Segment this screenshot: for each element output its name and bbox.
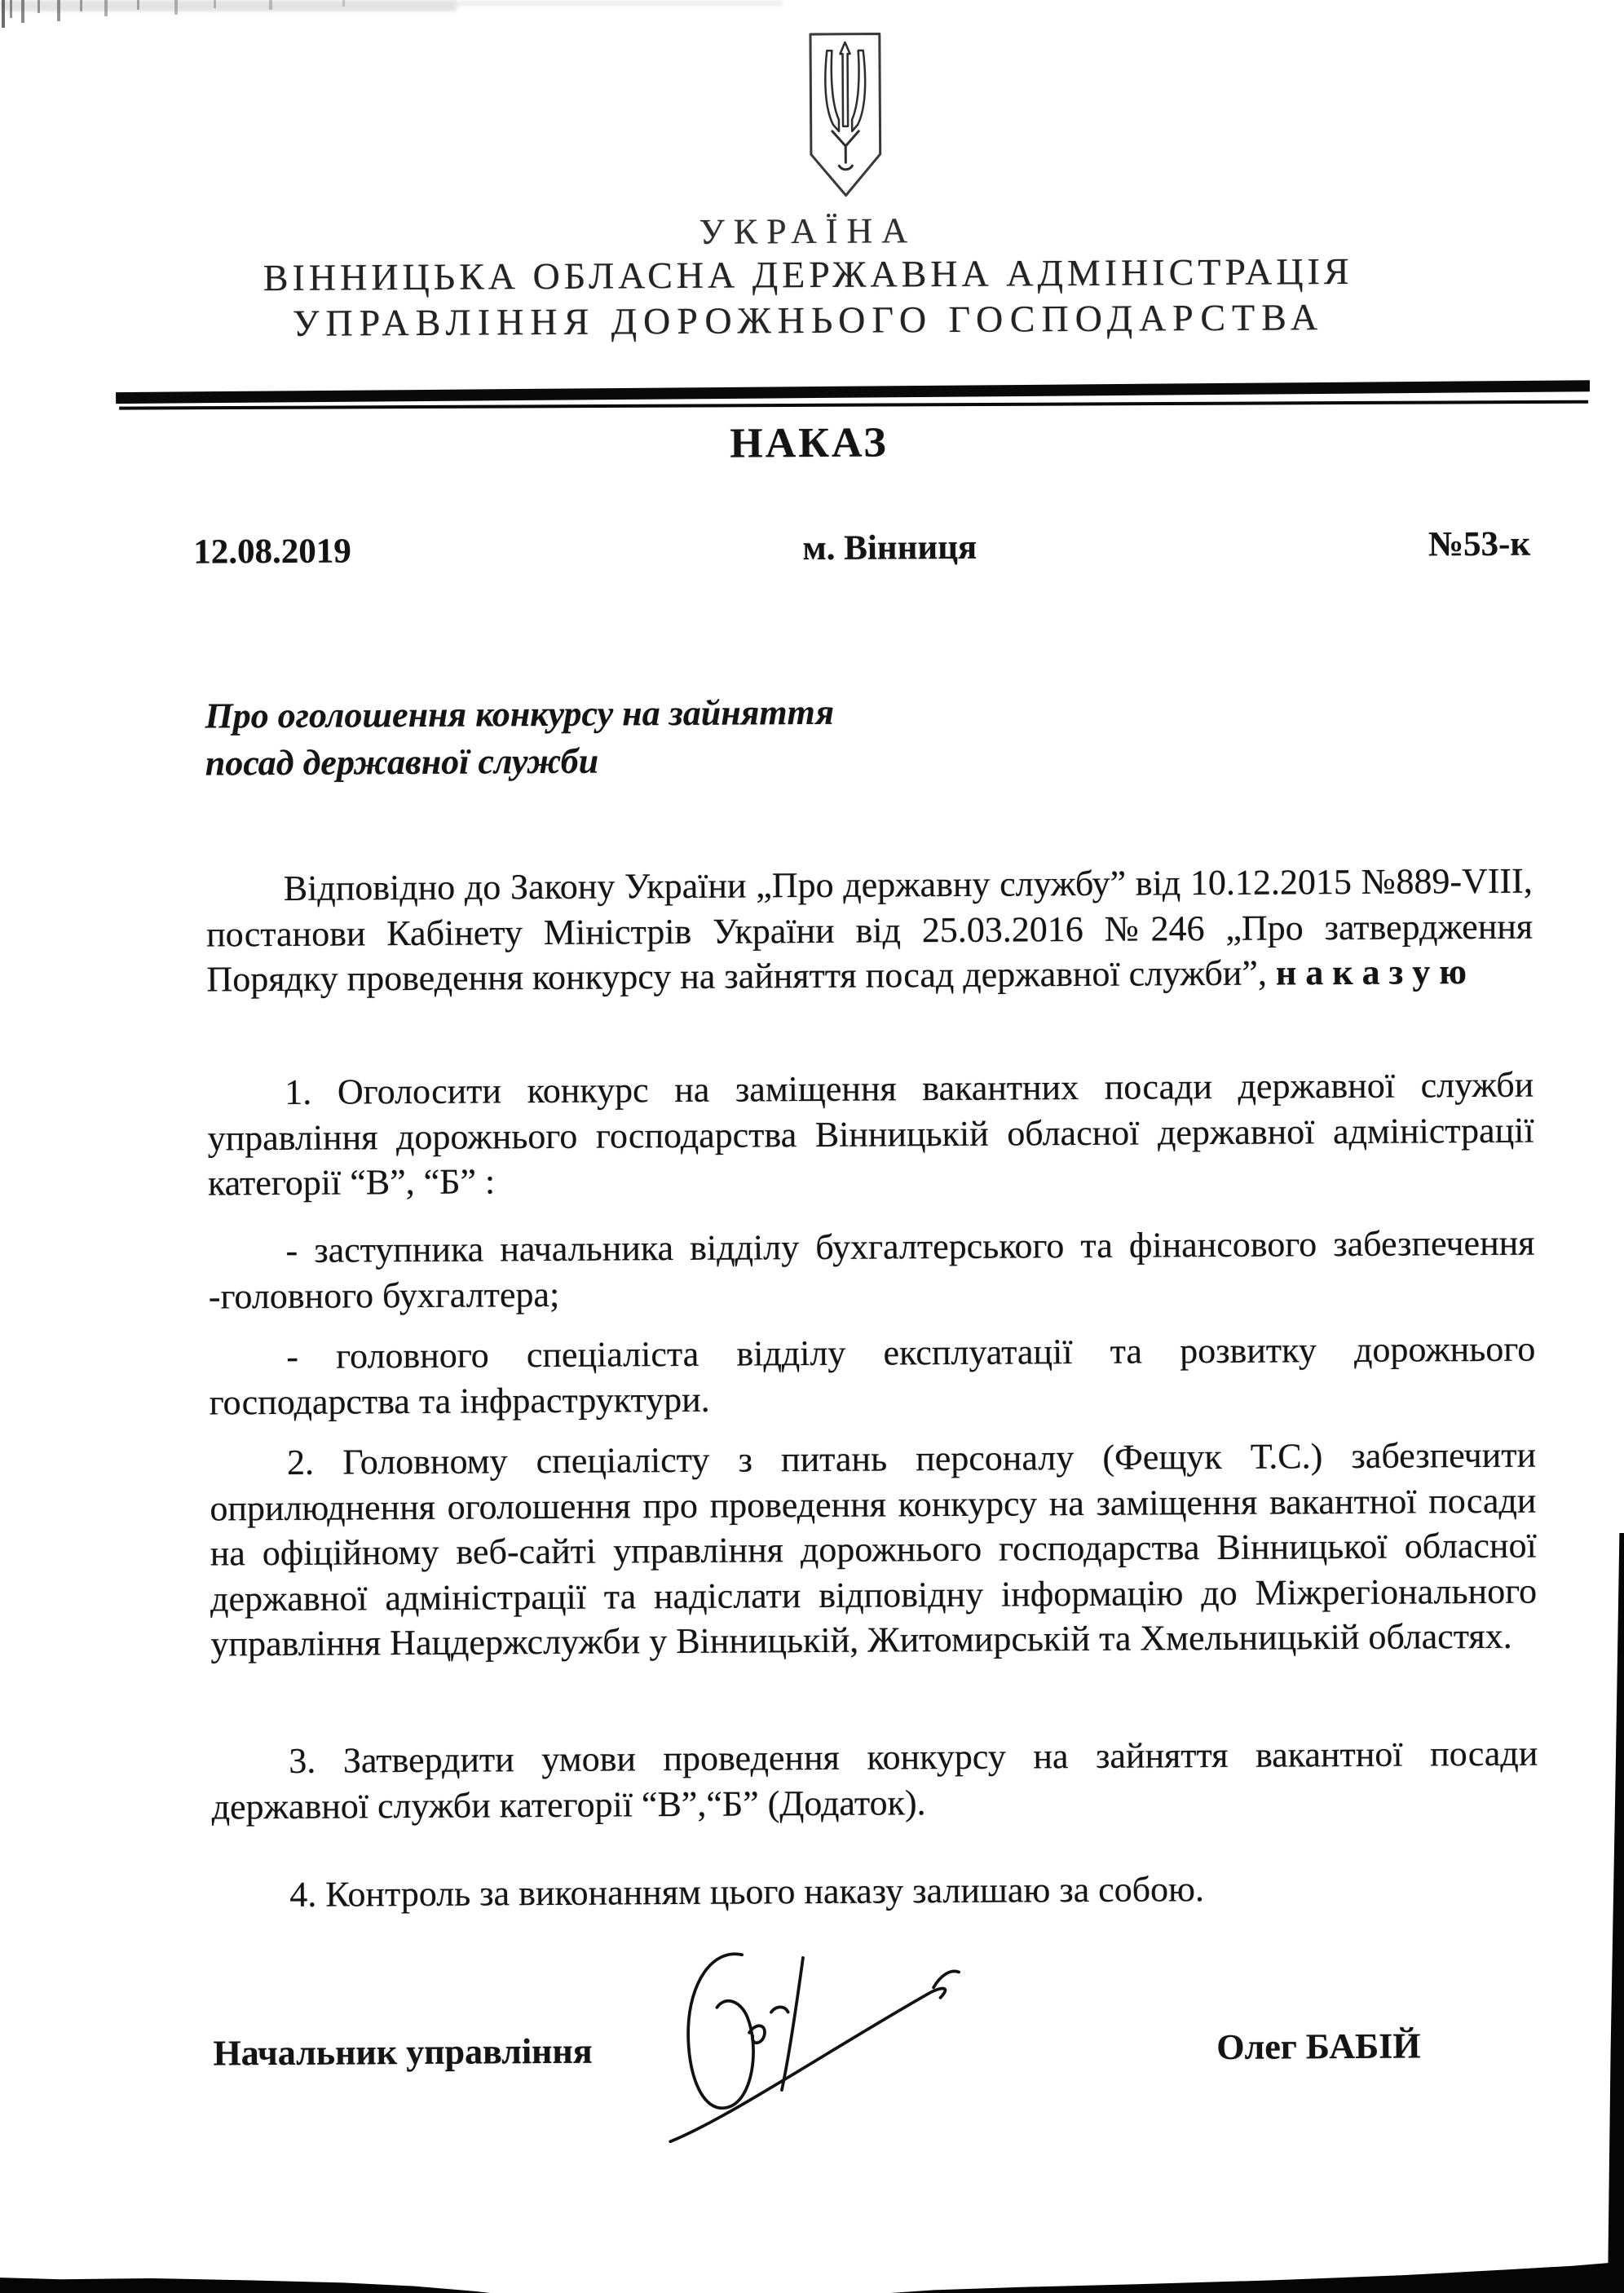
order-item-2: 2. Головному спеціалісту з питань персон… <box>210 1433 1538 1667</box>
ukraine-trident-icon <box>797 29 893 202</box>
order-item-1-sub-2: - головного спеціаліста відділу експлуат… <box>209 1327 1536 1425</box>
scan-noise-top-edge <box>0 0 783 33</box>
order-subject: Про оголошення конкурсу на зайняття поса… <box>205 688 939 787</box>
signature-position: Начальник управління <box>213 2030 592 2074</box>
order-meta-row: 12.08.2019 м. Вінниця №53-к <box>193 524 1530 572</box>
org-name-line1: ВІННИЦЬКА ОБЛАСНА ДЕРЖАВНА АДМІНІСТРАЦІЯ <box>0 248 1620 301</box>
subject-line-1: Про оголошення конкурсу на зайняття <box>205 688 938 740</box>
order-place: м. Вінниця <box>802 528 977 568</box>
document-title: НАКАЗ <box>0 414 1622 472</box>
signature-autograph <box>659 1938 986 2160</box>
order-item-1: 1. Оголосити конкурс на заміщення вакант… <box>207 1063 1534 1206</box>
letterhead-rule-thick <box>116 380 1590 404</box>
order-number: №53-к <box>1428 524 1531 565</box>
order-item-3: 3. Затвердити умови проведення конкурсу … <box>211 1731 1538 1830</box>
document-content: УКРАЇНА ВІННИЦЬКА ОБЛАСНА ДЕРЖАВНА АДМІН… <box>0 0 1624 2293</box>
signature-name: Олег БАБІЙ <box>1216 2025 1420 2068</box>
intro-paragraph: Відповідно до Закону України „Про держав… <box>206 859 1534 1002</box>
order-item-4: 4. Контроль за виконанням цього наказу з… <box>212 1865 1538 1918</box>
subject-line-2: посад державної служби <box>205 736 939 787</box>
order-item-1-sub-1: - заступника начальника відділу бухгалте… <box>208 1221 1535 1319</box>
scanned-order-page: УКРАЇНА ВІННИЦЬКА ОБЛАСНА ДЕРЖАВНА АДМІН… <box>0 0 1624 2293</box>
order-date: 12.08.2019 <box>193 531 351 572</box>
org-name-line2: УПРАВЛІННЯ ДОРОЖНЬОГО ГОСПОДАРСТВА <box>0 294 1621 347</box>
intro-emphasis: н а к а з у ю <box>1276 952 1467 992</box>
